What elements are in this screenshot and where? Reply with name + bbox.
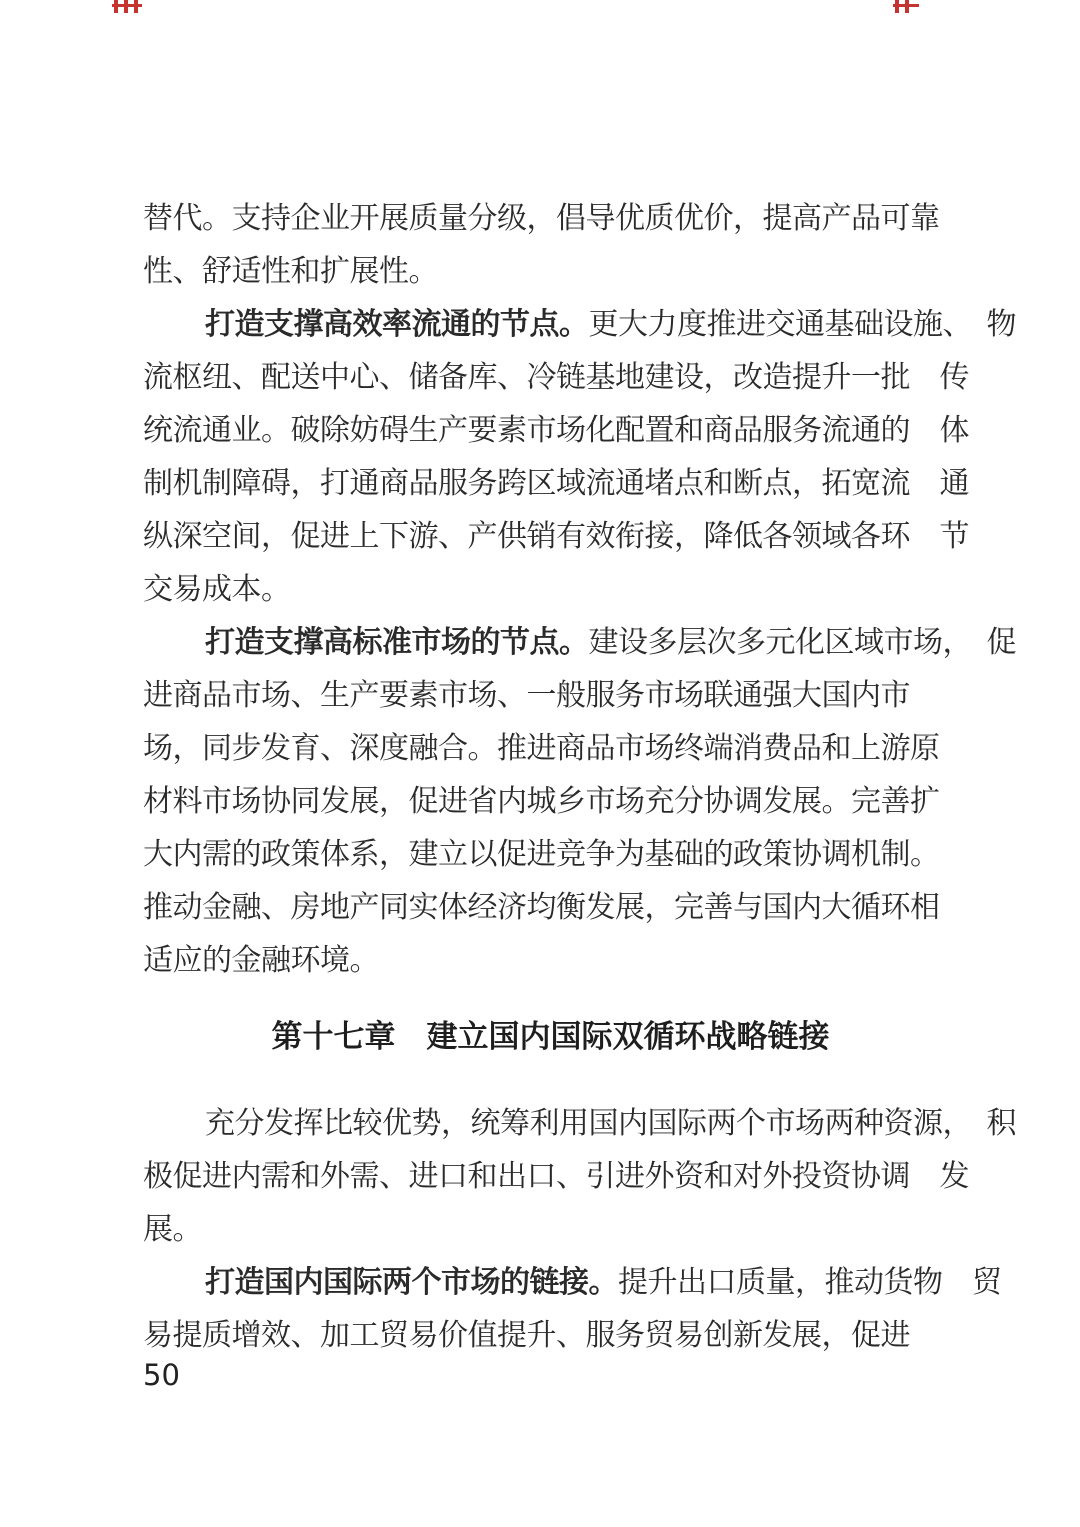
body-text: 展。 bbox=[143, 1212, 202, 1247]
body-text: 适应的金融环境。 bbox=[143, 943, 379, 978]
body-text: 大内需的政策体系，建立以促进竞争为基础的政策协调机制。 bbox=[143, 837, 940, 872]
body-text: 易提质增效、加工贸易价值提升、服务贸易创新发展，促进 bbox=[143, 1318, 910, 1353]
red-annotation-mark-right-icon bbox=[893, 0, 919, 13]
paragraph: 替代。支持企业开展质量分级，倡导优质优价，提高产品可靠性、舒适性和扩展性。 bbox=[143, 192, 958, 298]
text-line: 适应的金融环境。 bbox=[143, 934, 958, 987]
text-line: 材料市场协同发展，促进省内城乡市场充分协调发展。完善扩 bbox=[143, 775, 958, 828]
body-text: 充分发挥比较优势，统筹利用国内国际两个市场两种资源， 积 bbox=[205, 1106, 1016, 1141]
bold-lead-text: 打造国内国际两个市场的链接。 bbox=[205, 1265, 618, 1300]
body-text: 提升出口质量，推动货物 贸 bbox=[618, 1265, 1002, 1300]
body-text: 推动金融、房地产同实体经济均衡发展，完善与国内大循环相 bbox=[143, 890, 940, 925]
text-line: 展。 bbox=[143, 1203, 958, 1256]
body-text: 建设多层次多元化区域市场， 促 bbox=[589, 625, 1017, 660]
text-line: 纵深空间，促进上下游、产供销有效衔接，降低各领域各环 节 bbox=[143, 510, 958, 563]
text-line: 易提质增效、加工贸易价值提升、服务贸易创新发展，促进 bbox=[143, 1309, 958, 1362]
text-line: 制机制障碍，打通商品服务跨区域流通堵点和断点，拓宽流 通 bbox=[143, 457, 958, 510]
text-line: 场，同步发育、深度融合。推进商品市场终端消费品和上游原 bbox=[143, 722, 958, 775]
paragraph: 充分发挥比较优势，统筹利用国内国际两个市场两种资源， 积极促进内需和外需、进口和… bbox=[143, 1097, 958, 1256]
text-line: 极促进内需和外需、进口和出口、引进外资和对外投资协调 发 bbox=[143, 1150, 958, 1203]
text-line: 交易成本。 bbox=[143, 563, 958, 616]
paragraph: 打造支撑高标准市场的节点。建设多层次多元化区域市场， 促进商品市场、生产要素市场… bbox=[143, 616, 958, 987]
bold-lead-text: 打造支撑高标准市场的节点。 bbox=[205, 625, 589, 660]
body-text: 极促进内需和外需、进口和出口、引进外资和对外投资协调 发 bbox=[143, 1159, 969, 1194]
text-line: 推动金融、房地产同实体经济均衡发展，完善与国内大循环相 bbox=[143, 881, 958, 934]
body-text: 交易成本。 bbox=[143, 572, 291, 607]
paragraph: 打造国内国际两个市场的链接。提升出口质量，推动货物 贸易提质增效、加工贸易价值提… bbox=[143, 1256, 958, 1362]
body-text: 材料市场协同发展，促进省内城乡市场充分协调发展。完善扩 bbox=[143, 784, 940, 819]
red-annotation-mark-left-icon bbox=[112, 0, 142, 13]
body-text: 统流通业。破除妨碍生产要素市场化配置和商品服务流通的 体 bbox=[143, 413, 969, 448]
text-line: 大内需的政策体系，建立以促进竞争为基础的政策协调机制。 bbox=[143, 828, 958, 881]
body-text: 流枢纽、配送中心、储备库、冷链基地建设，改造提升一批 传 bbox=[143, 360, 969, 395]
text-line: 进商品市场、生产要素市场、一般服务市场联通强大国内市 bbox=[143, 669, 958, 722]
text-line: 打造支撑高效率流通的节点。更大力度推进交通基础设施、 物 bbox=[143, 298, 958, 351]
text-line: 打造国内国际两个市场的链接。提升出口质量，推动货物 贸 bbox=[143, 1256, 958, 1309]
text-line: 充分发挥比较优势，统筹利用国内国际两个市场两种资源， 积 bbox=[143, 1097, 958, 1150]
body-text: 纵深空间，促进上下游、产供销有效衔接，降低各领域各环 节 bbox=[143, 519, 969, 554]
text-line: 替代。支持企业开展质量分级，倡导优质优价，提高产品可靠 bbox=[143, 192, 958, 245]
text-line: 统流通业。破除妨碍生产要素市场化配置和商品服务流通的 体 bbox=[143, 404, 958, 457]
body-text: 场，同步发育、深度融合。推进商品市场终端消费品和上游原 bbox=[143, 731, 940, 766]
page-number: 50 bbox=[143, 1358, 180, 1392]
document-page: 替代。支持企业开展质量分级，倡导优质优价，提高产品可靠性、舒适性和扩展性。打造支… bbox=[0, 0, 1080, 1527]
body-text: 进商品市场、生产要素市场、一般服务市场联通强大国内市 bbox=[143, 678, 910, 713]
bold-lead-text: 打造支撑高效率流通的节点。 bbox=[205, 307, 589, 342]
body-text: 制机制障碍，打通商品服务跨区域流通堵点和断点，拓宽流 通 bbox=[143, 466, 969, 501]
text-line: 打造支撑高标准市场的节点。建设多层次多元化区域市场， 促 bbox=[143, 616, 958, 669]
body-text: 性、舒适性和扩展性。 bbox=[143, 254, 438, 289]
text-line: 性、舒适性和扩展性。 bbox=[143, 245, 958, 298]
document-body: 替代。支持企业开展质量分级，倡导优质优价，提高产品可靠性、舒适性和扩展性。打造支… bbox=[143, 192, 958, 1362]
paragraph: 打造支撑高效率流通的节点。更大力度推进交通基础设施、 物流枢纽、配送中心、储备库… bbox=[143, 298, 958, 616]
text-line: 流枢纽、配送中心、储备库、冷链基地建设，改造提升一批 传 bbox=[143, 351, 958, 404]
chapter-heading: 第十七章 建立国内国际双循环战略链接 bbox=[143, 1011, 958, 1064]
body-text: 更大力度推进交通基础设施、 物 bbox=[589, 307, 1017, 342]
body-text: 替代。支持企业开展质量分级，倡导优质优价，提高产品可靠 bbox=[143, 201, 940, 236]
